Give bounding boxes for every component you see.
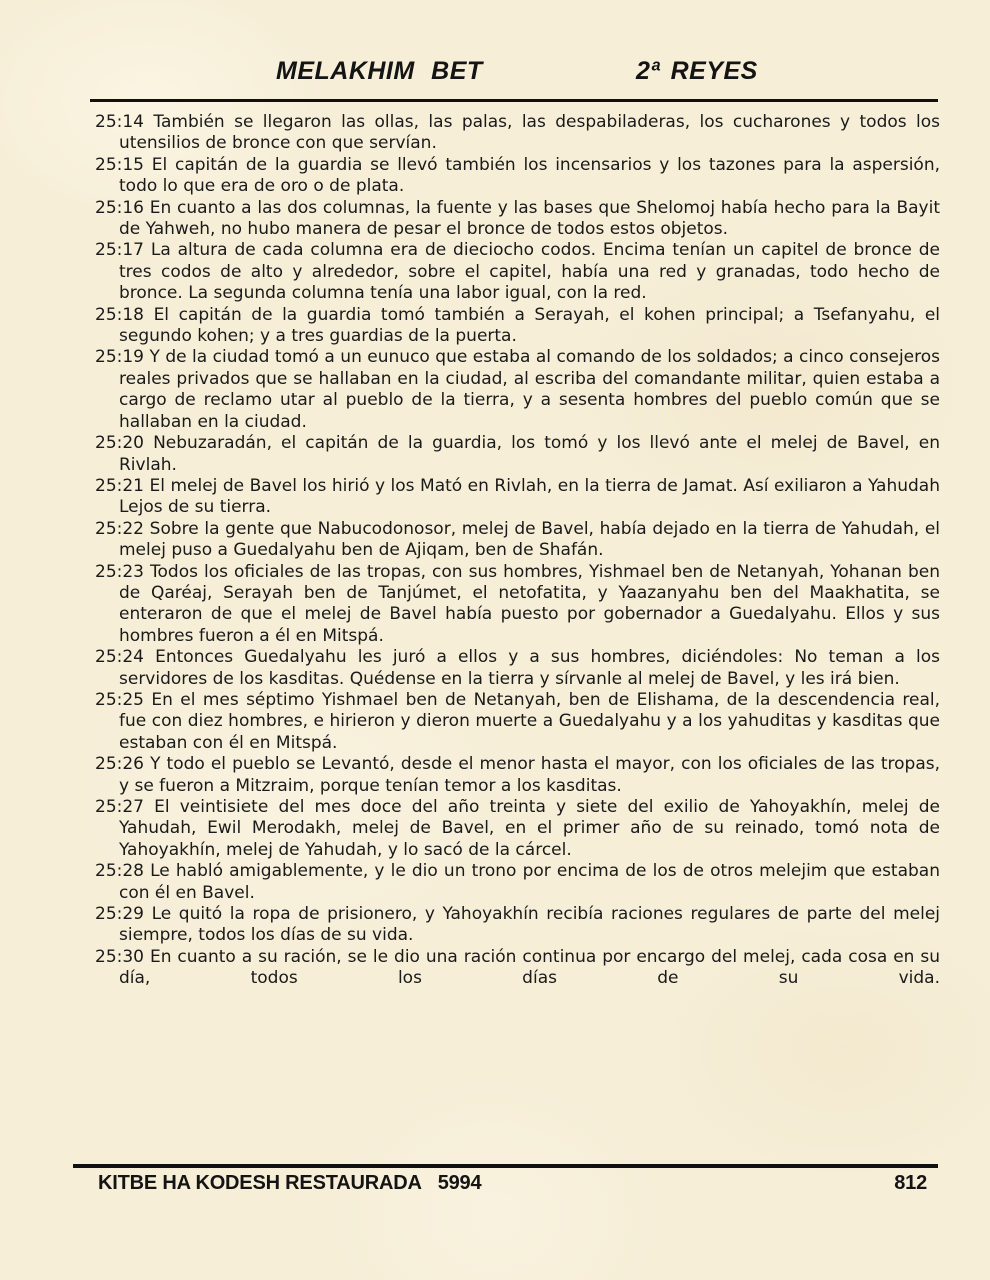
verse-paragraph: 25:17 La altura de cada columna era de d… <box>95 240 940 304</box>
verse-text: Y de la ciudad tomó a un eunuco que esta… <box>119 347 940 431</box>
verse-number: 25:21 <box>95 476 144 496</box>
verse-paragraph: 25:18 El capitán de la guardia tomó tamb… <box>95 305 940 348</box>
verse-text: También se llegaron las ollas, las palas… <box>119 112 940 153</box>
verse-text: Le habló amigablemente, y le dio un tron… <box>119 861 940 902</box>
verse-number: 25:26 <box>95 754 144 774</box>
verse-number: 25:24 <box>95 647 144 667</box>
footer-rule <box>73 1164 938 1168</box>
verse-paragraph: 25:26 Y todo el pueblo se Levantó, desde… <box>95 754 940 797</box>
verse-paragraph: 25:21 El melej de Bavel los hirió y los … <box>95 476 940 519</box>
verse-text: Entonces Guedalyahu les juró a ellos y a… <box>119 647 940 688</box>
verse-text: El veintisiete del mes doce del año trei… <box>119 797 940 860</box>
verse-text: En cuanto a su ración, se le dio una rac… <box>119 947 940 988</box>
verse-paragraph: 25:30 En cuanto a su ración, se le dio u… <box>95 947 940 990</box>
footer-title-text: KITBE HA KODESH RESTAURADA <box>98 1172 422 1194</box>
verse-paragraph: 25:29 Le quitó la ropa de prisionero, y … <box>95 904 940 947</box>
verse-number: 25:16 <box>95 198 144 218</box>
header-rule <box>90 99 938 102</box>
verse-paragraph: 25:24 Entonces Guedalyahu les juró a ell… <box>95 647 940 690</box>
verse-number: 25:23 <box>95 562 144 582</box>
verse-number: 25:27 <box>95 797 144 817</box>
page-title-melakhim: MELAKHIM BET <box>276 57 483 86</box>
verse-text: En cuanto a las dos columnas, la fuente … <box>119 198 940 239</box>
verse-paragraph: 25:19 Y de la ciudad tomó a un eunuco qu… <box>95 347 940 433</box>
verse-paragraph: 25:15 El capitán de la guardia se llevó … <box>95 155 940 198</box>
verse-number: 25:30 <box>95 947 144 967</box>
verse-number: 25:29 <box>95 904 144 924</box>
verse-text: Nebuzaradán, el capitán de la guardia, l… <box>119 433 940 474</box>
footer-page-number: 812 <box>894 1172 927 1195</box>
verses-container: 25:14 También se llegaron las ollas, las… <box>95 112 940 990</box>
verse-text: El capitán de la guardia tomó también a … <box>119 305 940 346</box>
document-page: MELAKHIM BET 2ª REYES 25:14 También se l… <box>0 0 990 1280</box>
verse-paragraph: 25:22 Sobre la gente que Nabucodonosor, … <box>95 519 940 562</box>
verse-paragraph: 25:20 Nebuzaradán, el capitán de la guar… <box>95 433 940 476</box>
verse-text: El capitán de la guardia se llevó tambié… <box>119 155 940 196</box>
verse-number: 25:22 <box>95 519 144 539</box>
verse-text: Sobre la gente que Nabucodonosor, melej … <box>119 519 940 560</box>
page-title-reyes: 2ª REYES <box>636 57 758 86</box>
verse-number: 25:17 <box>95 240 144 260</box>
verse-paragraph: 25:23 Todos los oficiales de las tropas,… <box>95 562 940 648</box>
verse-number: 25:28 <box>95 861 144 881</box>
verse-paragraph: 25:16 En cuanto a las dos columnas, la f… <box>95 198 940 241</box>
verse-number: 25:19 <box>95 347 144 367</box>
verse-paragraph: 25:28 Le habló amigablemente, y le dio u… <box>95 861 940 904</box>
verse-text: Todos los oficiales de las tropas, con s… <box>119 562 940 646</box>
verse-text: Y todo el pueblo se Levantó, desde el me… <box>119 754 940 795</box>
verse-paragraph: 25:27 El veintisiete del mes doce del añ… <box>95 797 940 861</box>
verse-text: La altura de cada columna era de diecioc… <box>119 240 940 303</box>
verse-text: En el mes séptimo Yishmael ben de Netany… <box>119 690 940 753</box>
verse-text: El melej de Bavel los hirió y los Mató e… <box>119 476 940 517</box>
footer: KITBE HA KODESH RESTAURADA5994 812 <box>98 1172 927 1195</box>
verse-number: 25:20 <box>95 433 144 453</box>
verse-number: 25:15 <box>95 155 144 175</box>
verse-number: 25:25 <box>95 690 144 710</box>
footer-edition-number: 5994 <box>438 1172 482 1194</box>
verse-paragraph: 25:14 También se llegaron las ollas, las… <box>95 112 940 155</box>
verse-number: 25:18 <box>95 305 144 325</box>
footer-book-title: KITBE HA KODESH RESTAURADA5994 <box>98 1172 481 1195</box>
verse-number: 25:14 <box>95 112 144 132</box>
verse-paragraph: 25:25 En el mes séptimo Yishmael ben de … <box>95 690 940 754</box>
verse-text: Le quitó la ropa de prisionero, y Yahoya… <box>119 904 940 945</box>
